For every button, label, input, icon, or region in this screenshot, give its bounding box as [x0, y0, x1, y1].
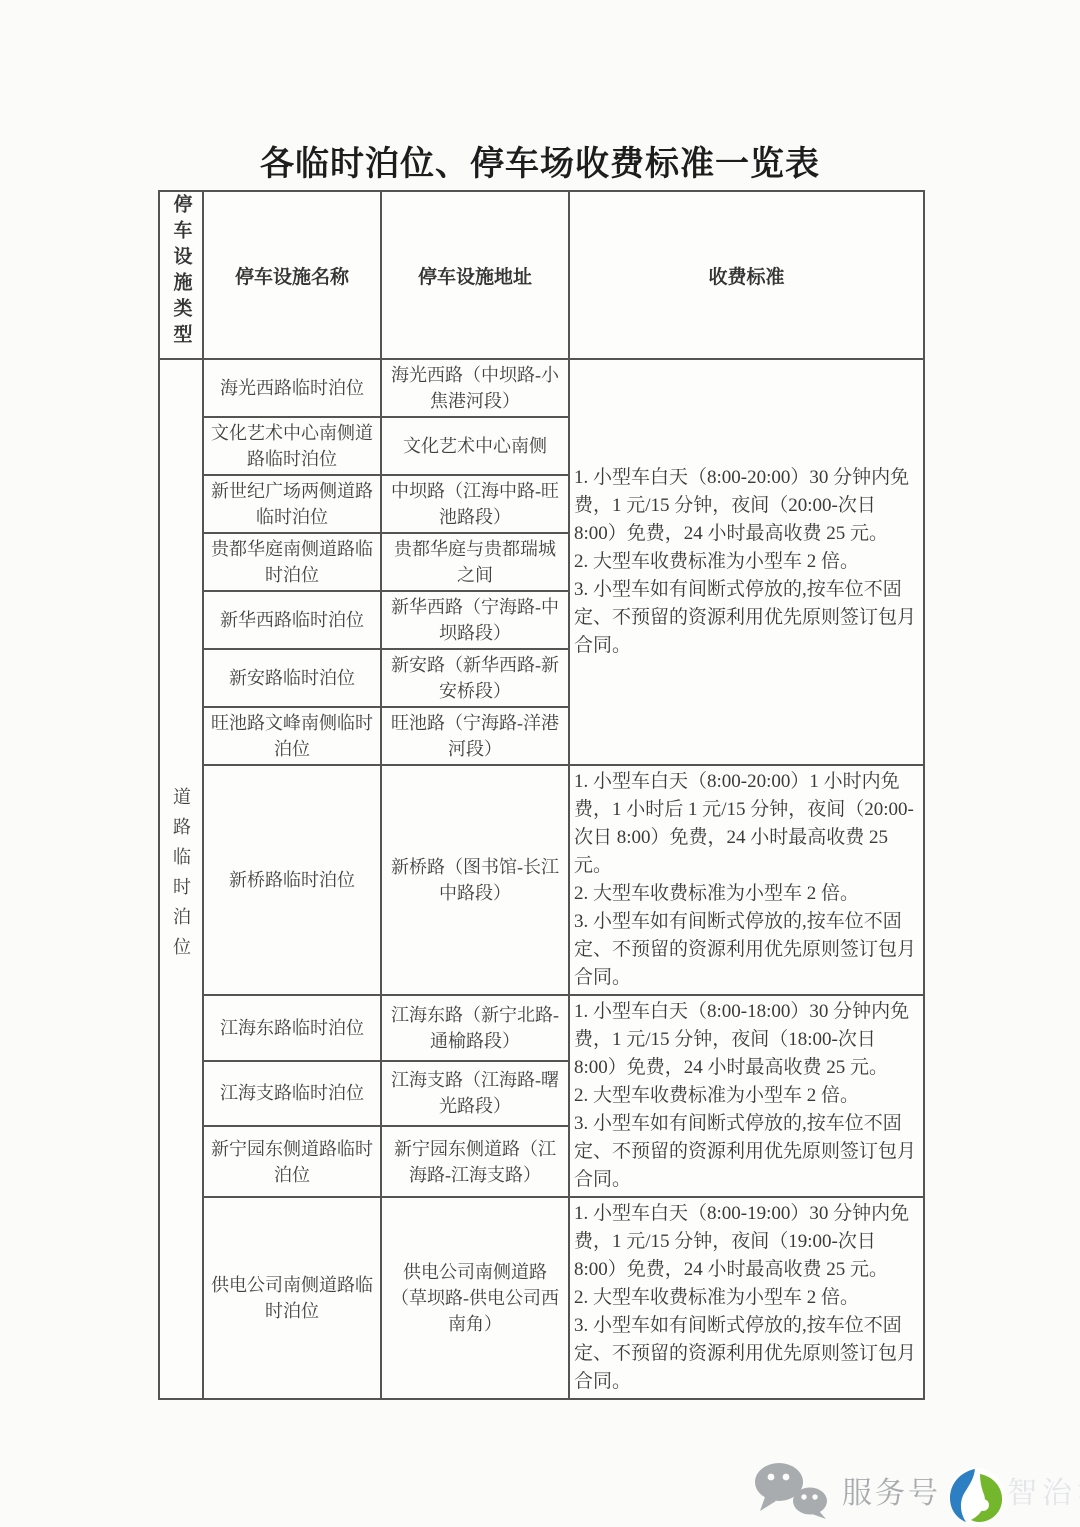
fee-standard-group-4: 1. 小型车白天（8:00-19:00）30 分钟内免费，1 元/15 分钟，夜… [569, 1197, 924, 1399]
facility-address: 江海东路（新宁北路-通榆路段） [381, 995, 569, 1061]
page-title: 各临时泊位、停车场收费标准一览表 [0, 136, 1080, 185]
facility-address: 供电公司南侧道路（草坝路-供电公司西南角） [381, 1197, 569, 1399]
account-logo-icon [947, 1467, 1005, 1525]
facility-address: 旺池路（宁海路-洋港河段） [381, 707, 569, 765]
facility-name: 新世纪广场两侧道路临时泊位 [203, 475, 381, 533]
facility-name: 新安路临时泊位 [203, 649, 381, 707]
fee-standard-group-1: 1. 小型车白天（8:00-20:00）30 分钟内免费，1 元/15 分钟，夜… [569, 359, 924, 765]
parking-fee-table: 停车设施类型 停车设施名称 停车设施地址 收费标准 道路临时泊位 海光西路临时泊… [158, 190, 925, 1400]
table-row: 新桥路临时泊位 新桥路（图书馆-长江中路段） 1. 小型车白天（8:00-20:… [159, 765, 924, 995]
table-row: 道路临时泊位 海光西路临时泊位 海光西路（中坝路-小焦港河段） 1. 小型车白天… [159, 359, 924, 417]
document-page: 各临时泊位、停车场收费标准一览表 停车设施类型 停车设施名称 停车设施地址 收费… [0, 0, 1080, 1527]
facility-name: 新宁园东侧道路临时泊位 [203, 1126, 381, 1197]
watermark-footer: 服务号 智治海安 [752, 1455, 1080, 1525]
col-header-facility-type: 停车设施类型 [159, 191, 203, 359]
facility-name: 文化艺术中心南侧道路临时泊位 [203, 417, 381, 475]
facility-address: 新安路（新华西路-新安桥段） [381, 649, 569, 707]
category-road-temp-berth: 道路临时泊位 [159, 359, 203, 1399]
facility-name: 供电公司南侧道路临时泊位 [203, 1197, 381, 1399]
fee-standard-group-2: 1. 小型车白天（8:00-20:00）1 小时内免费，1 小时后 1 元/15… [569, 765, 924, 995]
facility-name: 江海东路临时泊位 [203, 995, 381, 1061]
facility-address: 新宁园东侧道路（江海路-江海支路） [381, 1126, 569, 1197]
col-header-fee-standard: 收费标准 [569, 191, 924, 359]
col-header-facility-address: 停车设施地址 [381, 191, 569, 359]
facility-address: 文化艺术中心南侧 [381, 417, 569, 475]
table-header-row: 停车设施类型 停车设施名称 停车设施地址 收费标准 [159, 191, 924, 359]
facility-address: 贵都华庭与贵都瑞城之间 [381, 533, 569, 591]
facility-address: 海光西路（中坝路-小焦港河段） [381, 359, 569, 417]
wechat-icon [752, 1461, 832, 1519]
facility-address: 江海支路（江海路-曙光路段） [381, 1061, 569, 1127]
facility-address: 新桥路（图书馆-长江中路段） [381, 765, 569, 995]
fee-standard-group-3: 1. 小型车白天（8:00-18:00）30 分钟内免费，1 元/15 分钟，夜… [569, 995, 924, 1197]
facility-name: 贵都华庭南侧道路临时泊位 [203, 533, 381, 591]
facility-address: 新华西路（宁海路-中坝路段） [381, 591, 569, 649]
facility-name: 江海支路临时泊位 [203, 1061, 381, 1127]
facility-name: 新华西路临时泊位 [203, 591, 381, 649]
facility-name: 旺池路文峰南侧临时泊位 [203, 707, 381, 765]
facility-name: 海光西路临时泊位 [203, 359, 381, 417]
facility-address: 中坝路（江海中路-旺池路段） [381, 475, 569, 533]
wechat-service-label: 服务号 [842, 1468, 941, 1512]
account-name-watermark: 智治海安 [1007, 1468, 1080, 1512]
facility-name: 新桥路临时泊位 [203, 765, 381, 995]
col-header-facility-name: 停车设施名称 [203, 191, 381, 359]
table-row: 供电公司南侧道路临时泊位 供电公司南侧道路（草坝路-供电公司西南角） 1. 小型… [159, 1197, 924, 1399]
table-row: 江海东路临时泊位 江海东路（新宁北路-通榆路段） 1. 小型车白天（8:00-1… [159, 995, 924, 1061]
